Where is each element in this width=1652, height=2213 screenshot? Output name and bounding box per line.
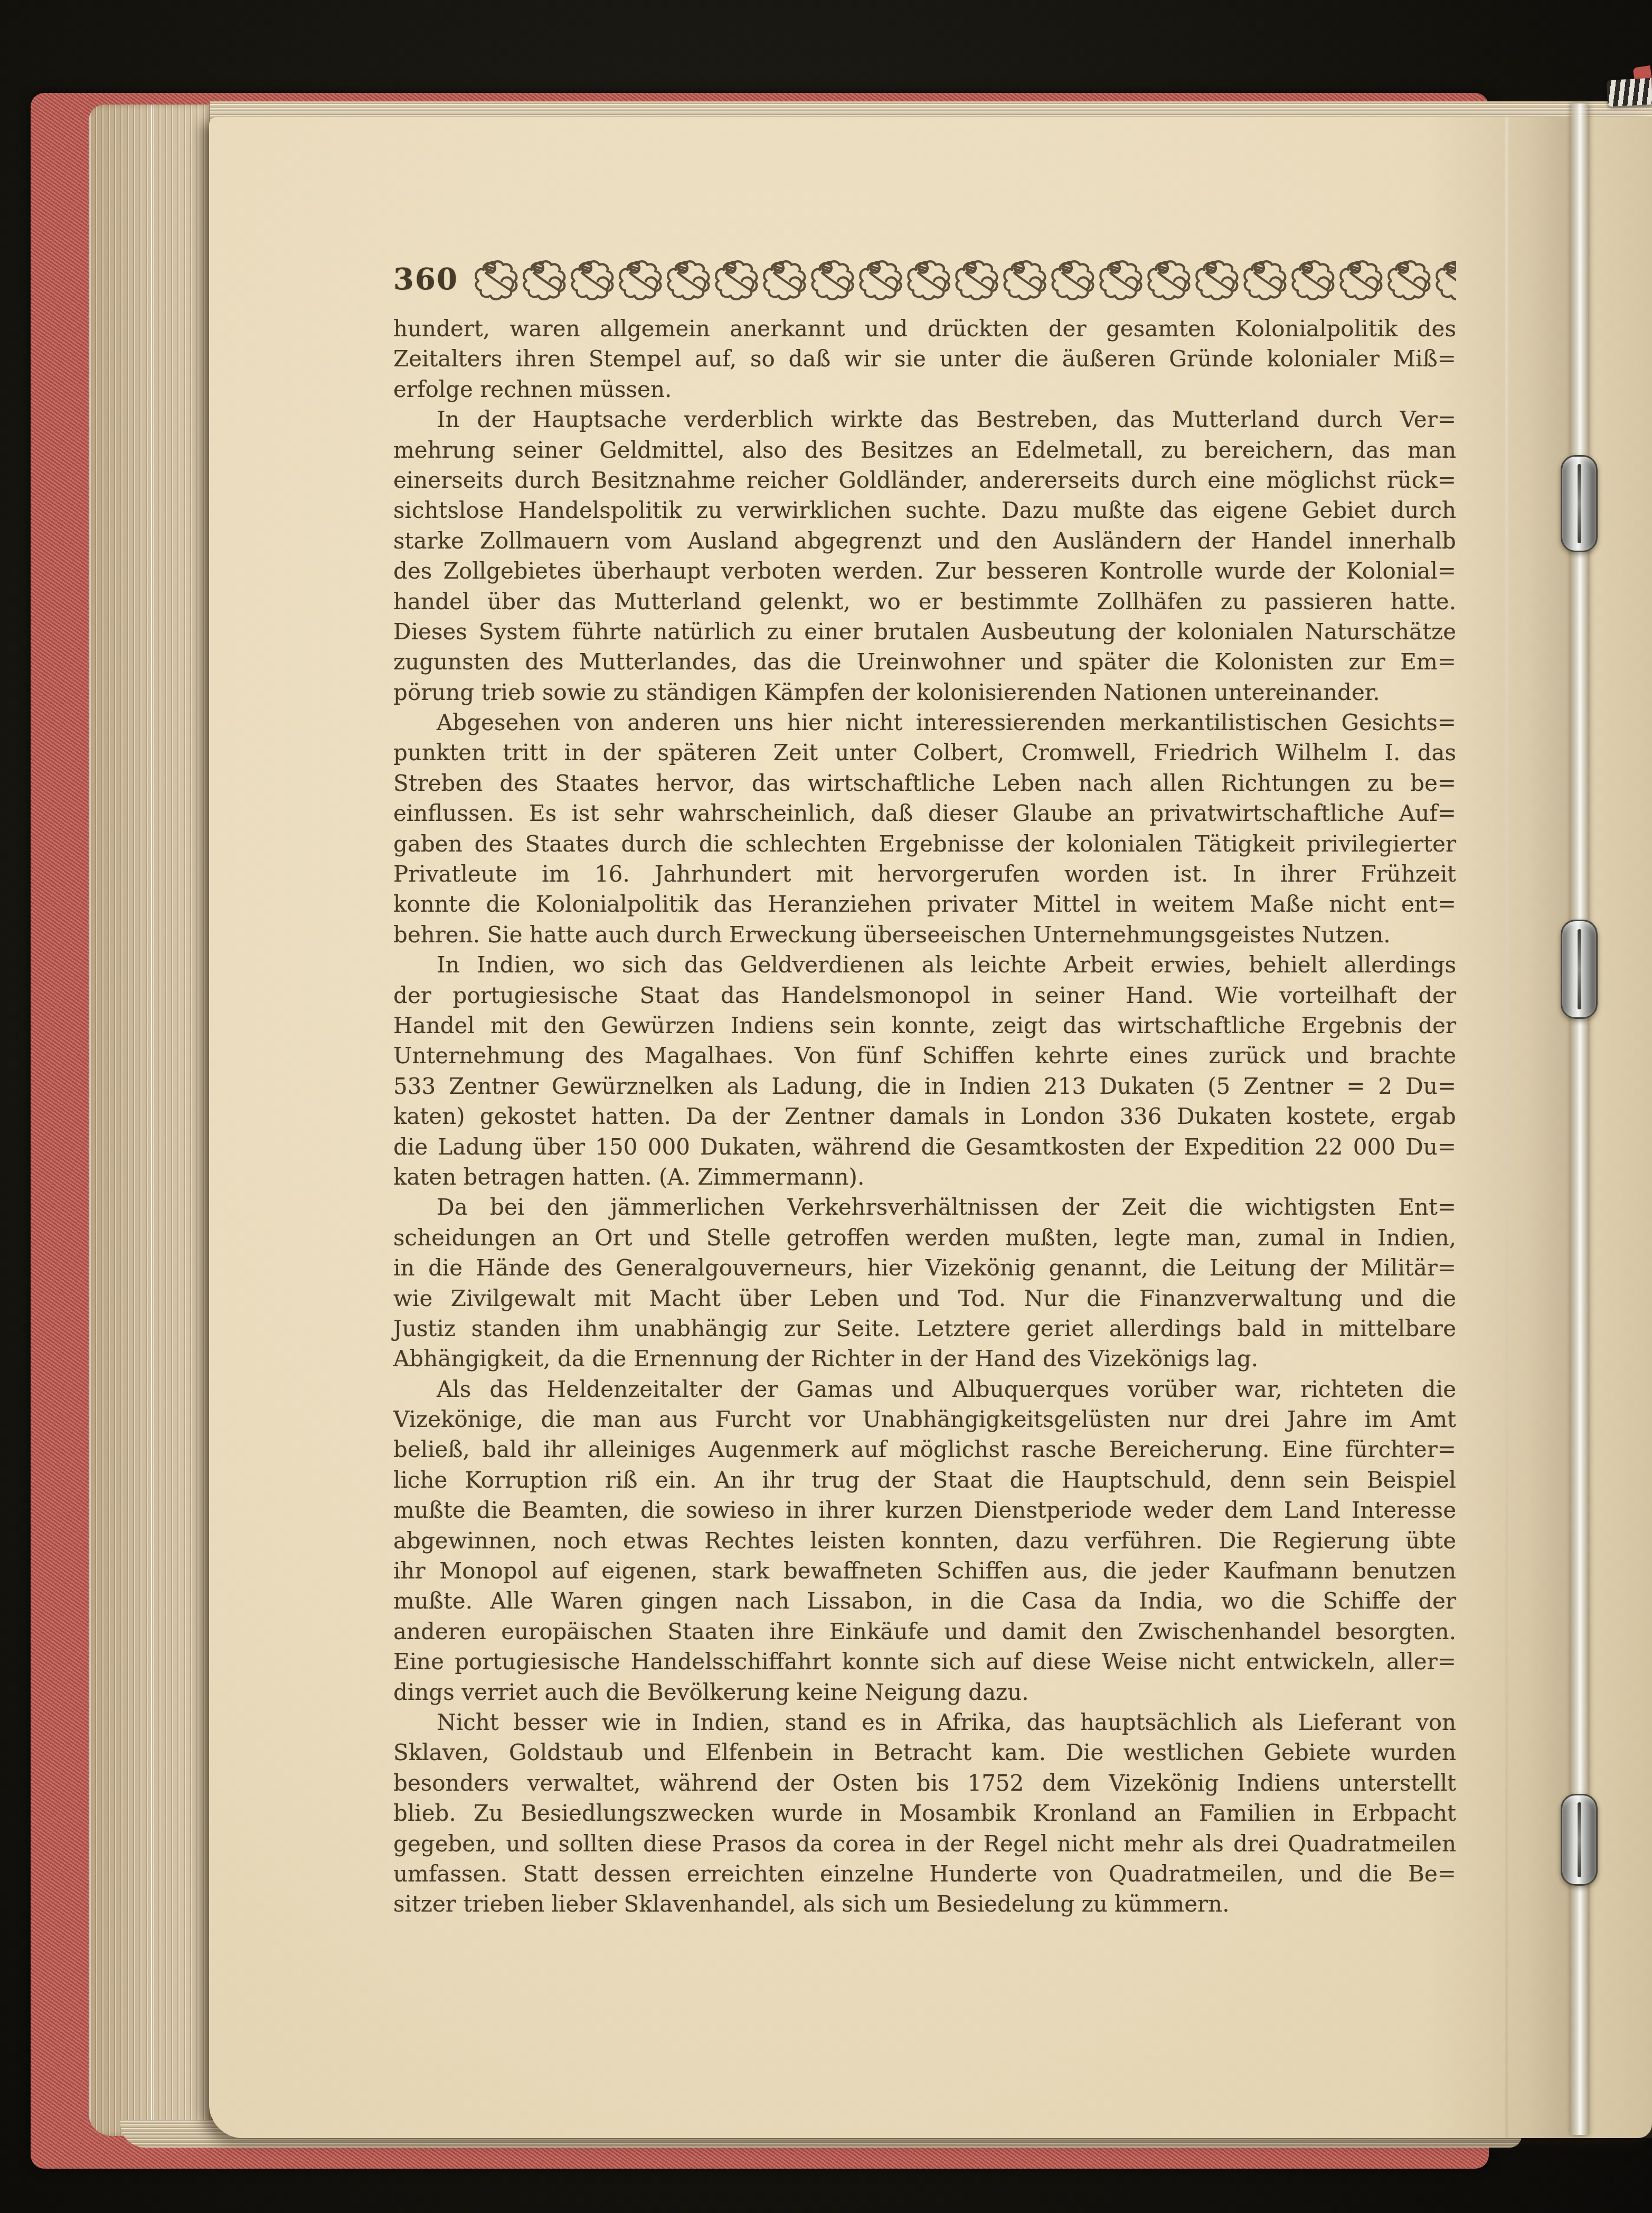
text-line: handel über das Mutterland gelenkt, wo e…	[393, 587, 1456, 617]
text-line: umfassen. Statt dessen erreichten einzel…	[393, 1859, 1456, 1889]
text-line: Dieses System führte natürlich zu einer …	[393, 617, 1456, 647]
gutter-shadow	[1425, 117, 1652, 2138]
text-line: Zeitalters ihren Stempel auf, so daß wir…	[393, 344, 1456, 374]
ornament-motif-icon	[762, 257, 810, 301]
text-line: sitzer trieben lieber Sklavenhandel, als…	[393, 1889, 1456, 1919]
text-line: sichtslose Handelspolitik zu verwirklich…	[393, 495, 1456, 525]
text-line: zugunsten des Mutterlandes, das die Urei…	[393, 647, 1456, 677]
text-line: einerseits durch Besitznahme reicher Gol…	[393, 465, 1456, 495]
text-line: Da bei den jämmerlichen Verkehrsverhältn…	[393, 1192, 1456, 1222]
ornament-motif-icon	[666, 257, 714, 301]
book-page: 360 hundert, waren allgemein anerkannt u…	[209, 117, 1652, 2138]
text-line: die Ladung über 150 000 Dukaten, während…	[393, 1132, 1456, 1162]
page-crease	[1505, 117, 1508, 2138]
text-line: liche Korruption riß ein. An ihr trug de…	[393, 1465, 1456, 1495]
text-line: gegeben, und sollten diese Prasos da cor…	[393, 1829, 1456, 1859]
ornament-motif-icon	[1435, 257, 1456, 301]
ornament-motif-icon	[810, 257, 858, 301]
text-line: beließ, bald ihr alleiniges Augenmerk au…	[393, 1434, 1456, 1464]
ornament-motif-icon	[955, 257, 1003, 301]
text-line: konnte die Kolonialpolitik das Heranzieh…	[393, 889, 1456, 919]
text-line: einflussen. Es ist sehr wahrscheinlich, …	[393, 798, 1456, 828]
ornament-motif-icon	[714, 257, 762, 301]
ornament-band	[474, 256, 1456, 302]
text-line: Handel mit den Gewürzen Indiens sein kon…	[393, 1010, 1456, 1041]
text-line: erfolge rechnen müssen.	[393, 374, 1456, 404]
ornament-motif-icon	[1195, 257, 1243, 301]
text-line: Nicht besser wie in Indien, stand es in …	[393, 1707, 1456, 1737]
text-line: Unternehmung des Magalhaes. Von fünf Sch…	[393, 1041, 1456, 1071]
page-header: 360	[393, 250, 1456, 308]
text-line: mußte die Beamten, die sowieso in ihrer …	[393, 1495, 1456, 1525]
ornament-motif-icon	[474, 257, 522, 301]
text-line: Privatleute im 16. Jahrhundert mit hervo…	[393, 859, 1456, 889]
text-line: hundert, waren allgemein anerkannt und d…	[393, 314, 1456, 344]
ornament-motif-icon	[1147, 257, 1195, 301]
text-line: anderen europäischen Staaten ihre Einkäu…	[393, 1616, 1456, 1647]
text-line: punkten tritt in der späteren Zeit unter…	[393, 737, 1456, 768]
ornament-motif-icon	[907, 257, 955, 301]
text-line: Justiz standen ihm unabhängig zur Seite.…	[393, 1313, 1456, 1344]
ornament-motif-icon	[1243, 257, 1291, 301]
text-line: pörung trieb sowie zu ständigen Kämpfen …	[393, 677, 1456, 707]
text-line: starke Zollmauern vom Ausland abgegrenzt…	[393, 526, 1456, 556]
page-stack-fore-edge	[89, 105, 211, 2136]
text-line: mußte. Alle Waren gingen nach Lissabon, …	[393, 1586, 1456, 1616]
text-line: des Zollgebietes überhaupt verboten werd…	[393, 556, 1456, 586]
text-line: katen) gekostet hatten. Da der Zentner d…	[393, 1101, 1456, 1131]
text-line: abgewinnen, noch etwas Rechtes leisten k…	[393, 1526, 1456, 1556]
headband	[1607, 78, 1652, 107]
ornament-motif-icon	[1003, 257, 1051, 301]
text-line: katen betragen hatten. (A. Zimmermann).	[393, 1162, 1456, 1192]
text-line: dings verriet auch die Bevölkerung keine…	[393, 1677, 1456, 1707]
ornament-motif-icon	[1291, 257, 1339, 301]
text-line: behren. Sie hatte auch durch Erweckung ü…	[393, 920, 1456, 950]
ornament-motif-icon	[570, 257, 618, 301]
text-line: Streben des Staates hervor, das wirtscha…	[393, 768, 1456, 798]
text-line: der portugiesische Staat das Handelsmono…	[393, 980, 1456, 1010]
text-line: Sklaven, Goldstaub und Elfenbein in Betr…	[393, 1737, 1456, 1767]
metal-clip-middle	[1561, 920, 1598, 1019]
text-line: in die Hände des Generalgouverneurs, hie…	[393, 1253, 1456, 1283]
ornament-motif-icon	[1339, 257, 1387, 301]
ornament-motif-icon	[1387, 257, 1435, 301]
ornament-motif-icon	[1051, 257, 1099, 301]
text-line: ihr Monopol auf eigenen, stark bewaffnet…	[393, 1556, 1456, 1586]
text-line: wie Zivilgewalt mit Macht über Leben und…	[393, 1283, 1456, 1313]
text-line: blieb. Zu Besiedlungszwecken wurde in Mo…	[393, 1798, 1456, 1828]
text-line: In Indien, wo sich das Geldverdienen als…	[393, 950, 1456, 980]
text-line: besonders verwaltet, während der Osten b…	[393, 1768, 1456, 1798]
text-line: Abhängigkeit, da die Ernennung der Richt…	[393, 1344, 1456, 1374]
metal-clip-top	[1561, 455, 1598, 552]
text-line: Vizekönige, die man aus Furcht vor Unabh…	[393, 1404, 1456, 1434]
page-number: 360	[393, 262, 458, 297]
ornament-motif-icon	[1099, 257, 1147, 301]
ornament-motif-icon	[858, 257, 907, 301]
text-line: Eine portugiesische Handelsschiffahrt ko…	[393, 1647, 1456, 1677]
text-line: Als das Heldenzeitalter der Gamas und Al…	[393, 1374, 1456, 1404]
metal-clip-bottom	[1561, 1794, 1598, 1886]
text-line: scheidungen an Ort und Stelle getroffen …	[393, 1223, 1456, 1253]
ornament-motif-icon	[522, 257, 570, 301]
text-line: Abgesehen von anderen uns hier nicht int…	[393, 707, 1456, 737]
text-block: hundert, waren allgemein anerkannt und d…	[393, 314, 1456, 1919]
text-line: In der Hauptsache verderblich wirkte das…	[393, 404, 1456, 434]
text-line: mehrung seiner Geldmittel, also des Besi…	[393, 435, 1456, 465]
photo-background: 360 hundert, waren allgemein anerkannt u…	[0, 0, 1652, 2213]
ornament-motif-icon	[618, 257, 666, 301]
text-line: 533 Zentner Gewürznelken als Ladung, die…	[393, 1071, 1456, 1101]
text-line: gaben des Staates durch die schlechten E…	[393, 829, 1456, 859]
